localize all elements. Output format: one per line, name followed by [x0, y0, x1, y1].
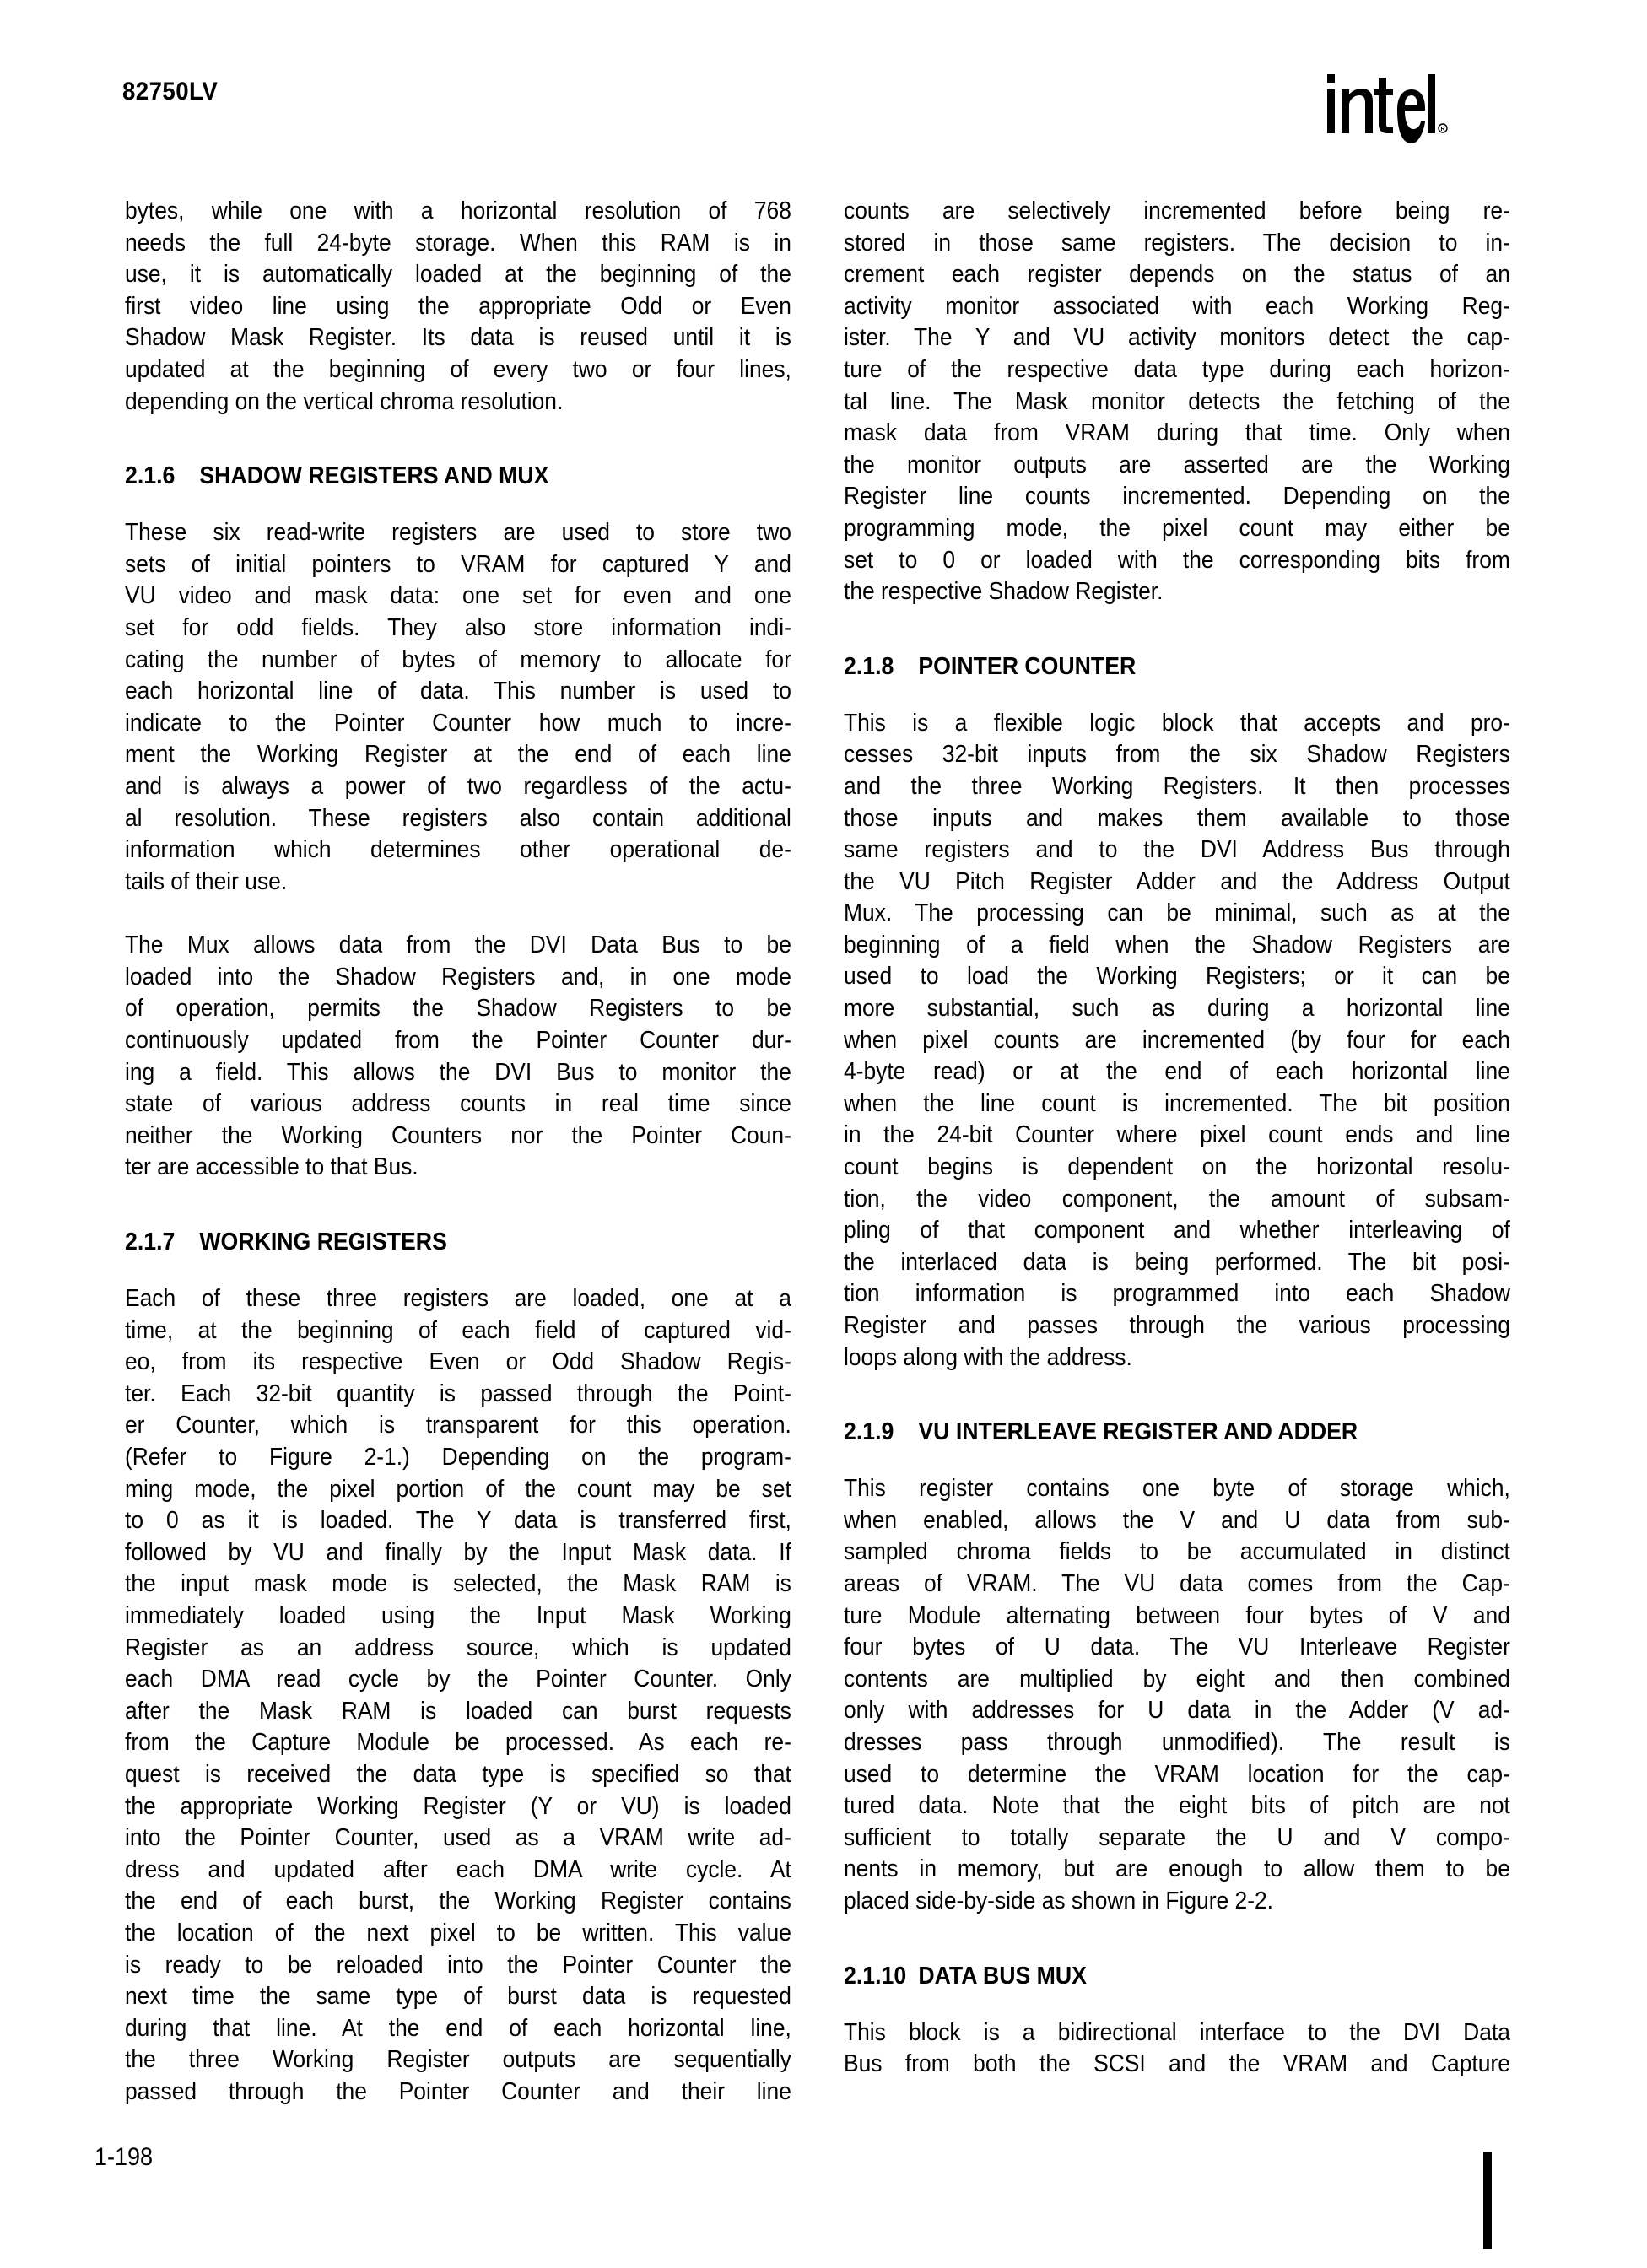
text-line: loops along with the address. [844, 1342, 1510, 1374]
text-line: depending on the vertical chroma resolut… [125, 386, 791, 418]
text-line: the input mask mode is selected, the Mas… [125, 1569, 791, 1601]
continued-paragraph: counts are selectively incremented befor… [844, 196, 1510, 608]
text-line: used to determine the VRAM location for … [844, 1759, 1510, 1791]
text-line: stored in those same registers. The deci… [844, 228, 1510, 260]
text-line: The Mux allows data from the DVI Data Bu… [125, 930, 791, 962]
text-line: This is a flexible logic block that acce… [844, 708, 1510, 740]
text-line: in the 24-bit Counter where pixel count … [844, 1120, 1510, 1152]
shadow-registers-paragraph-1: These six read-write registers are used … [125, 517, 791, 898]
text-line: each horizontal line of data. This numbe… [125, 676, 791, 708]
text-line: indicate to the Pointer Counter how much… [125, 708, 791, 740]
text-line: those inputs and makes them available to… [844, 803, 1510, 835]
text-line: 4-byte read) or at the end of each horiz… [844, 1056, 1510, 1088]
text-line: ture of the respective data type during … [844, 354, 1510, 386]
text-line: al resolution. These registers also cont… [125, 803, 791, 835]
section-number: 2.1.6 [125, 460, 193, 492]
text-line: cating the number of bytes of memory to … [125, 645, 791, 677]
svg-text:R: R [1440, 127, 1444, 132]
text-line: the respective Shadow Register. [844, 576, 1510, 608]
text-line: state of various address counts in real … [125, 1088, 791, 1120]
text-line: ming mode, the pixel portion of the coun… [125, 1474, 791, 1506]
text-line: cesses 32-bit inputs from the six Shadow… [844, 739, 1510, 771]
text-line: the VU Pitch Register Adder and the Addr… [844, 867, 1510, 899]
section-heading-2-1-10: 2.1.10 DATA BUS MUX [844, 1960, 1457, 1992]
text-line: counts are selectively incremented befor… [844, 196, 1510, 228]
text-line: passed through the Pointer Counter and t… [125, 2076, 791, 2109]
text-line: count begins is dependent on the horizon… [844, 1152, 1510, 1184]
text-line: Shadow Mask Register. Its data is reused… [125, 322, 791, 354]
text-line: the end of each burst, the Working Regis… [125, 1886, 791, 1918]
text-line: used to load the Working Registers; or i… [844, 961, 1510, 993]
text-line: programming mode, the pixel count may ei… [844, 513, 1510, 545]
text-line: tion, the video component, the amount of… [844, 1184, 1510, 1216]
section-title: WORKING REGISTERS [199, 1228, 446, 1255]
text-line: each DMA read cycle by the Pointer Count… [125, 1664, 791, 1696]
text-line: tails of their use. [125, 867, 791, 899]
text-line: tured data. Note that the eight bits of … [844, 1790, 1510, 1822]
text-line: (Refer to Figure 2-1.) Depending on the … [125, 1442, 791, 1474]
text-line: placed side-by-side as shown in Figure 2… [844, 1886, 1510, 1918]
vu-interleave-paragraph: This register contains one byte of stora… [844, 1473, 1510, 1917]
text-line: the monitor outputs are asserted are the… [844, 450, 1510, 482]
text-line: This block is a bidirectional interface … [844, 2017, 1510, 2049]
text-line: followed by VU and finally by the Input … [125, 1537, 791, 1569]
text-line: Mux. The processing can be minimal, such… [844, 898, 1510, 930]
intel-logo: R [1323, 67, 1450, 160]
intro-paragraph: bytes, while one with a horizontal resol… [125, 196, 791, 418]
working-registers-paragraph: Each of these three registers are loaded… [125, 1283, 791, 2108]
section-heading-2-1-6: 2.1.6 SHADOW REGISTERS AND MUX [125, 460, 738, 492]
text-line: information which determines other opera… [125, 834, 791, 867]
text-line: continuously updated from the Pointer Co… [125, 1025, 791, 1057]
data-bus-mux-paragraph: This block is a bidirectional interface … [844, 2017, 1510, 2081]
change-bar-marker [1483, 2152, 1492, 2249]
text-line: set to 0 or loaded with the correspondin… [844, 545, 1510, 577]
text-line: and is always a power of two regardless … [125, 771, 791, 803]
section-title: SHADOW REGISTERS AND MUX [199, 462, 548, 489]
text-line: and the three Working Registers. It then… [844, 771, 1510, 803]
text-line: Bus from both the SCSI and the VRAM and … [844, 2049, 1510, 2081]
text-line: the three Working Register outputs are s… [125, 2044, 791, 2076]
text-line: after the Mask RAM is loaded can burst r… [125, 1696, 791, 1728]
text-line: needs the full 24-byte storage. When thi… [125, 228, 791, 260]
text-line: beginning of a field when the Shadow Reg… [844, 930, 1510, 962]
section-heading-2-1-8: 2.1.8 POINTER COUNTER [844, 651, 1457, 683]
text-line: ter. Each 32-bit quantity is passed thro… [125, 1379, 791, 1411]
text-line: ister. The Y and VU activity monitors de… [844, 322, 1510, 354]
text-line: time, at the beginning of each field of … [125, 1315, 791, 1347]
text-line: ter are accessible to that Bus. [125, 1152, 791, 1184]
text-line: into the Pointer Counter, used as a VRAM… [125, 1822, 791, 1855]
text-line: loaded into the Shadow Registers and, in… [125, 962, 791, 994]
section-heading-2-1-7: 2.1.7 WORKING REGISTERS [125, 1226, 738, 1258]
text-line: neither the Working Counters nor the Poi… [125, 1120, 791, 1153]
text-line: from the Capture Module be processed. As… [125, 1727, 791, 1759]
text-line: four bytes of U data. The VU Interleave … [844, 1632, 1510, 1664]
text-line: pling of that component and whether inte… [844, 1215, 1510, 1247]
text-line: These six read-write registers are used … [125, 517, 791, 549]
text-line: of operation, permits the Shadow Registe… [125, 993, 791, 1025]
section-number: 2.1.8 [844, 651, 912, 683]
text-line: more substantial, such as during a horiz… [844, 993, 1510, 1025]
text-line: dresses pass through unmodified). The re… [844, 1727, 1510, 1759]
text-line: updated at the beginning of every two or… [125, 354, 791, 386]
text-line: mask data from VRAM during that time. On… [844, 418, 1510, 450]
text-line: crement each register depends on the sta… [844, 259, 1510, 291]
right-column: counts are selectively incremented befor… [844, 196, 1510, 2081]
shadow-registers-paragraph-2: The Mux allows data from the DVI Data Bu… [125, 930, 791, 1184]
section-title: POINTER COUNTER [918, 653, 1136, 680]
text-line: when enabled, allows the V and U data fr… [844, 1505, 1510, 1537]
section-number: 2.1.10 [844, 1960, 912, 1992]
text-line: bytes, while one with a horizontal resol… [125, 196, 791, 228]
text-line: first video line using the appropriate O… [125, 291, 791, 323]
text-line: dress and updated after each DMA write c… [125, 1855, 791, 1887]
text-line: immediately loaded using the Input Mask … [125, 1601, 791, 1633]
text-line: sufficient to totally separate the U and… [844, 1822, 1510, 1855]
text-line: ment the Working Register at the end of … [125, 739, 791, 771]
text-line: VU video and mask data: one set for even… [125, 580, 791, 613]
text-line: areas of VRAM. The VU data comes from th… [844, 1569, 1510, 1601]
left-column: bytes, while one with a horizontal resol… [125, 196, 791, 2108]
section-number: 2.1.7 [125, 1226, 193, 1258]
text-line: same registers and to the DVI Address Bu… [844, 834, 1510, 867]
text-line: Register and passes through the various … [844, 1310, 1510, 1342]
pointer-counter-paragraph: This is a flexible logic block that acce… [844, 708, 1510, 1374]
text-line: This register contains one byte of stora… [844, 1473, 1510, 1505]
text-line: sets of initial pointers to VRAM for cap… [125, 549, 791, 581]
text-line: next time the same type of burst data is… [125, 1981, 791, 2013]
text-line: use, it is automatically loaded at the b… [125, 259, 791, 291]
text-line: Register line counts incremented. Depend… [844, 481, 1510, 513]
text-line: activity monitor associated with each Wo… [844, 291, 1510, 323]
text-line: contents are multiplied by eight and the… [844, 1664, 1510, 1696]
text-line: ture Module alternating between four byt… [844, 1601, 1510, 1633]
text-line: eo, from its respective Even or Odd Shad… [125, 1347, 791, 1379]
section-title: DATA BUS MUX [918, 1963, 1087, 1990]
text-line: only with addresses for U data in the Ad… [844, 1695, 1510, 1727]
text-line: sampled chroma fields to be accumulated … [844, 1536, 1510, 1569]
text-line: tal line. The Mask monitor detects the f… [844, 386, 1510, 418]
text-line: the location of the next pixel to be wri… [125, 1918, 791, 1950]
text-line: nents in memory, but are enough to allow… [844, 1854, 1510, 1886]
text-line: is ready to be reloaded into the Pointer… [125, 1950, 791, 1982]
text-line: the interlaced data is being performed. … [844, 1247, 1510, 1279]
document-id: 82750LV [122, 78, 218, 106]
page-number: 1-198 [94, 2143, 153, 2172]
text-line: the appropriate Working Register (Y or V… [125, 1791, 791, 1823]
text-line: er Counter, which is transparent for thi… [125, 1410, 791, 1442]
text-line: set for odd fields. They also store info… [125, 613, 791, 645]
text-line: when the line count is incremented. The … [844, 1088, 1510, 1120]
section-title: VU INTERLEAVE REGISTER AND ADDER [918, 1418, 1358, 1445]
text-line: Register as an address source, which is … [125, 1633, 791, 1665]
text-line: when pixel counts are incremented (by fo… [844, 1025, 1510, 1057]
text-line: ing a field. This allows the DVI Bus to … [125, 1057, 791, 1089]
section-heading-2-1-9: 2.1.9 VU INTERLEAVE REGISTER AND ADDER [844, 1416, 1457, 1448]
text-line: to 0 as it is loaded. The Y data is tran… [125, 1505, 791, 1537]
text-line: quest is received the data type is speci… [125, 1759, 791, 1791]
text-line: during that line. At the end of each hor… [125, 2013, 791, 2045]
text-line: tion information is programmed into each… [844, 1278, 1510, 1310]
section-number: 2.1.9 [844, 1416, 912, 1448]
text-line: Each of these three registers are loaded… [125, 1283, 791, 1315]
